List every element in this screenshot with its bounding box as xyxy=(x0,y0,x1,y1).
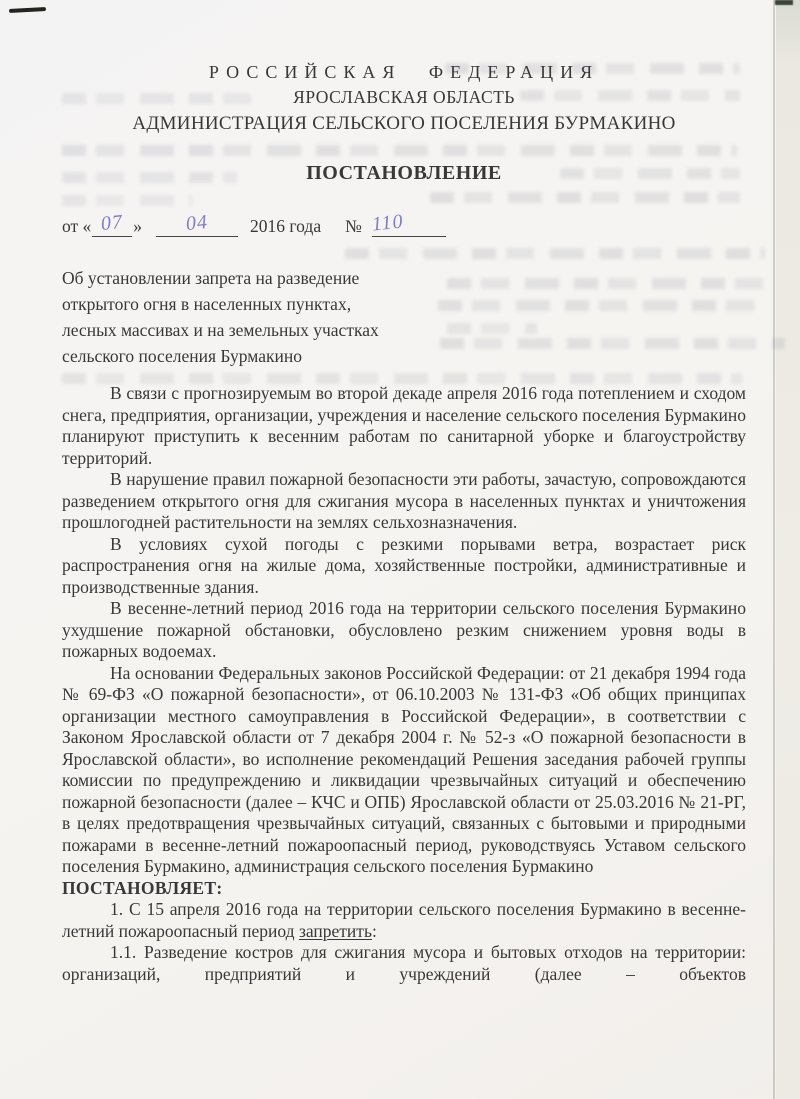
body-paragraph: В условиях сухой погоды с резкими порыва… xyxy=(62,534,746,599)
item-1-underlined-word: запретить xyxy=(299,921,372,941)
body-paragraph: В нарушение правил пожарной безопасности… xyxy=(62,469,746,534)
subject-line: Об установлении запрета на разведение xyxy=(62,265,746,291)
scan-mark-top-left xyxy=(9,7,46,12)
item-1-colon: : xyxy=(372,921,377,941)
body-paragraph: На основании Федеральных законов Российс… xyxy=(62,663,746,878)
date-year: 2016 года xyxy=(250,216,321,236)
date-and-number-line: от «07»042016 года№110 xyxy=(62,215,746,237)
date-from-label: от « xyxy=(62,216,91,236)
item-1-text: 1. С 15 апреля 2016 года на территории с… xyxy=(62,899,746,941)
header-region: ЯРОСЛАВСКАЯ ОБЛАСТЬ xyxy=(62,87,746,108)
body-paragraph: В связи с прогнозируемым во второй декад… xyxy=(62,383,746,469)
document-body: В связи с прогнозируемым во второй декад… xyxy=(62,383,746,985)
date-day-blank: 07 xyxy=(92,215,132,237)
handwritten-number: 110 xyxy=(371,210,405,236)
handwritten-month: 04 xyxy=(185,211,209,236)
page-fold-line xyxy=(773,0,775,1099)
handwritten-day: 07 xyxy=(100,211,124,236)
scanned-document-page: РОССИЙСКАЯ ФЕДЕРАЦИЯ ЯРОСЛАВСКАЯ ОБЛАСТЬ… xyxy=(0,0,800,1099)
number-sign: № xyxy=(345,216,362,236)
body-paragraph: В весенне-летний период 2016 года на тер… xyxy=(62,598,746,663)
subject-line: сельского поселения Бурмакино xyxy=(62,343,746,369)
resolution-heading: ПОСТАНОВЛЯЕТ: xyxy=(62,878,746,900)
resolution-item-1-1: 1.1. Разведение костров для сжигания мус… xyxy=(62,942,746,985)
document-content: РОССИЙСКАЯ ФЕДЕРАЦИЯ ЯРОСЛАВСКАЯ ОБЛАСТЬ… xyxy=(62,0,746,985)
subject-line: лесных массивах и на земельных участках xyxy=(62,317,746,343)
document-type-title: ПОСТАНОВЛЕНИЕ xyxy=(62,162,746,185)
header-authority: АДМИНИСТРАЦИЯ СЕЛЬСКОГО ПОСЕЛЕНИЯ БУРМАК… xyxy=(62,113,746,135)
subject-line: открытого огня в населенных пунктах, xyxy=(62,291,746,317)
document-subject: Об установлении запрета на разведение от… xyxy=(62,265,746,369)
scan-edge-band xyxy=(776,0,800,1099)
header-country: РОССИЙСКАЯ ФЕДЕРАЦИЯ xyxy=(62,62,746,83)
scan-mark-top-right xyxy=(775,0,793,5)
resolution-item-1: 1. С 15 апреля 2016 года на территории с… xyxy=(62,899,746,942)
date-month-blank: 04 xyxy=(156,215,238,237)
date-close-quote: » xyxy=(133,216,142,236)
number-blank: 110 xyxy=(372,215,446,237)
